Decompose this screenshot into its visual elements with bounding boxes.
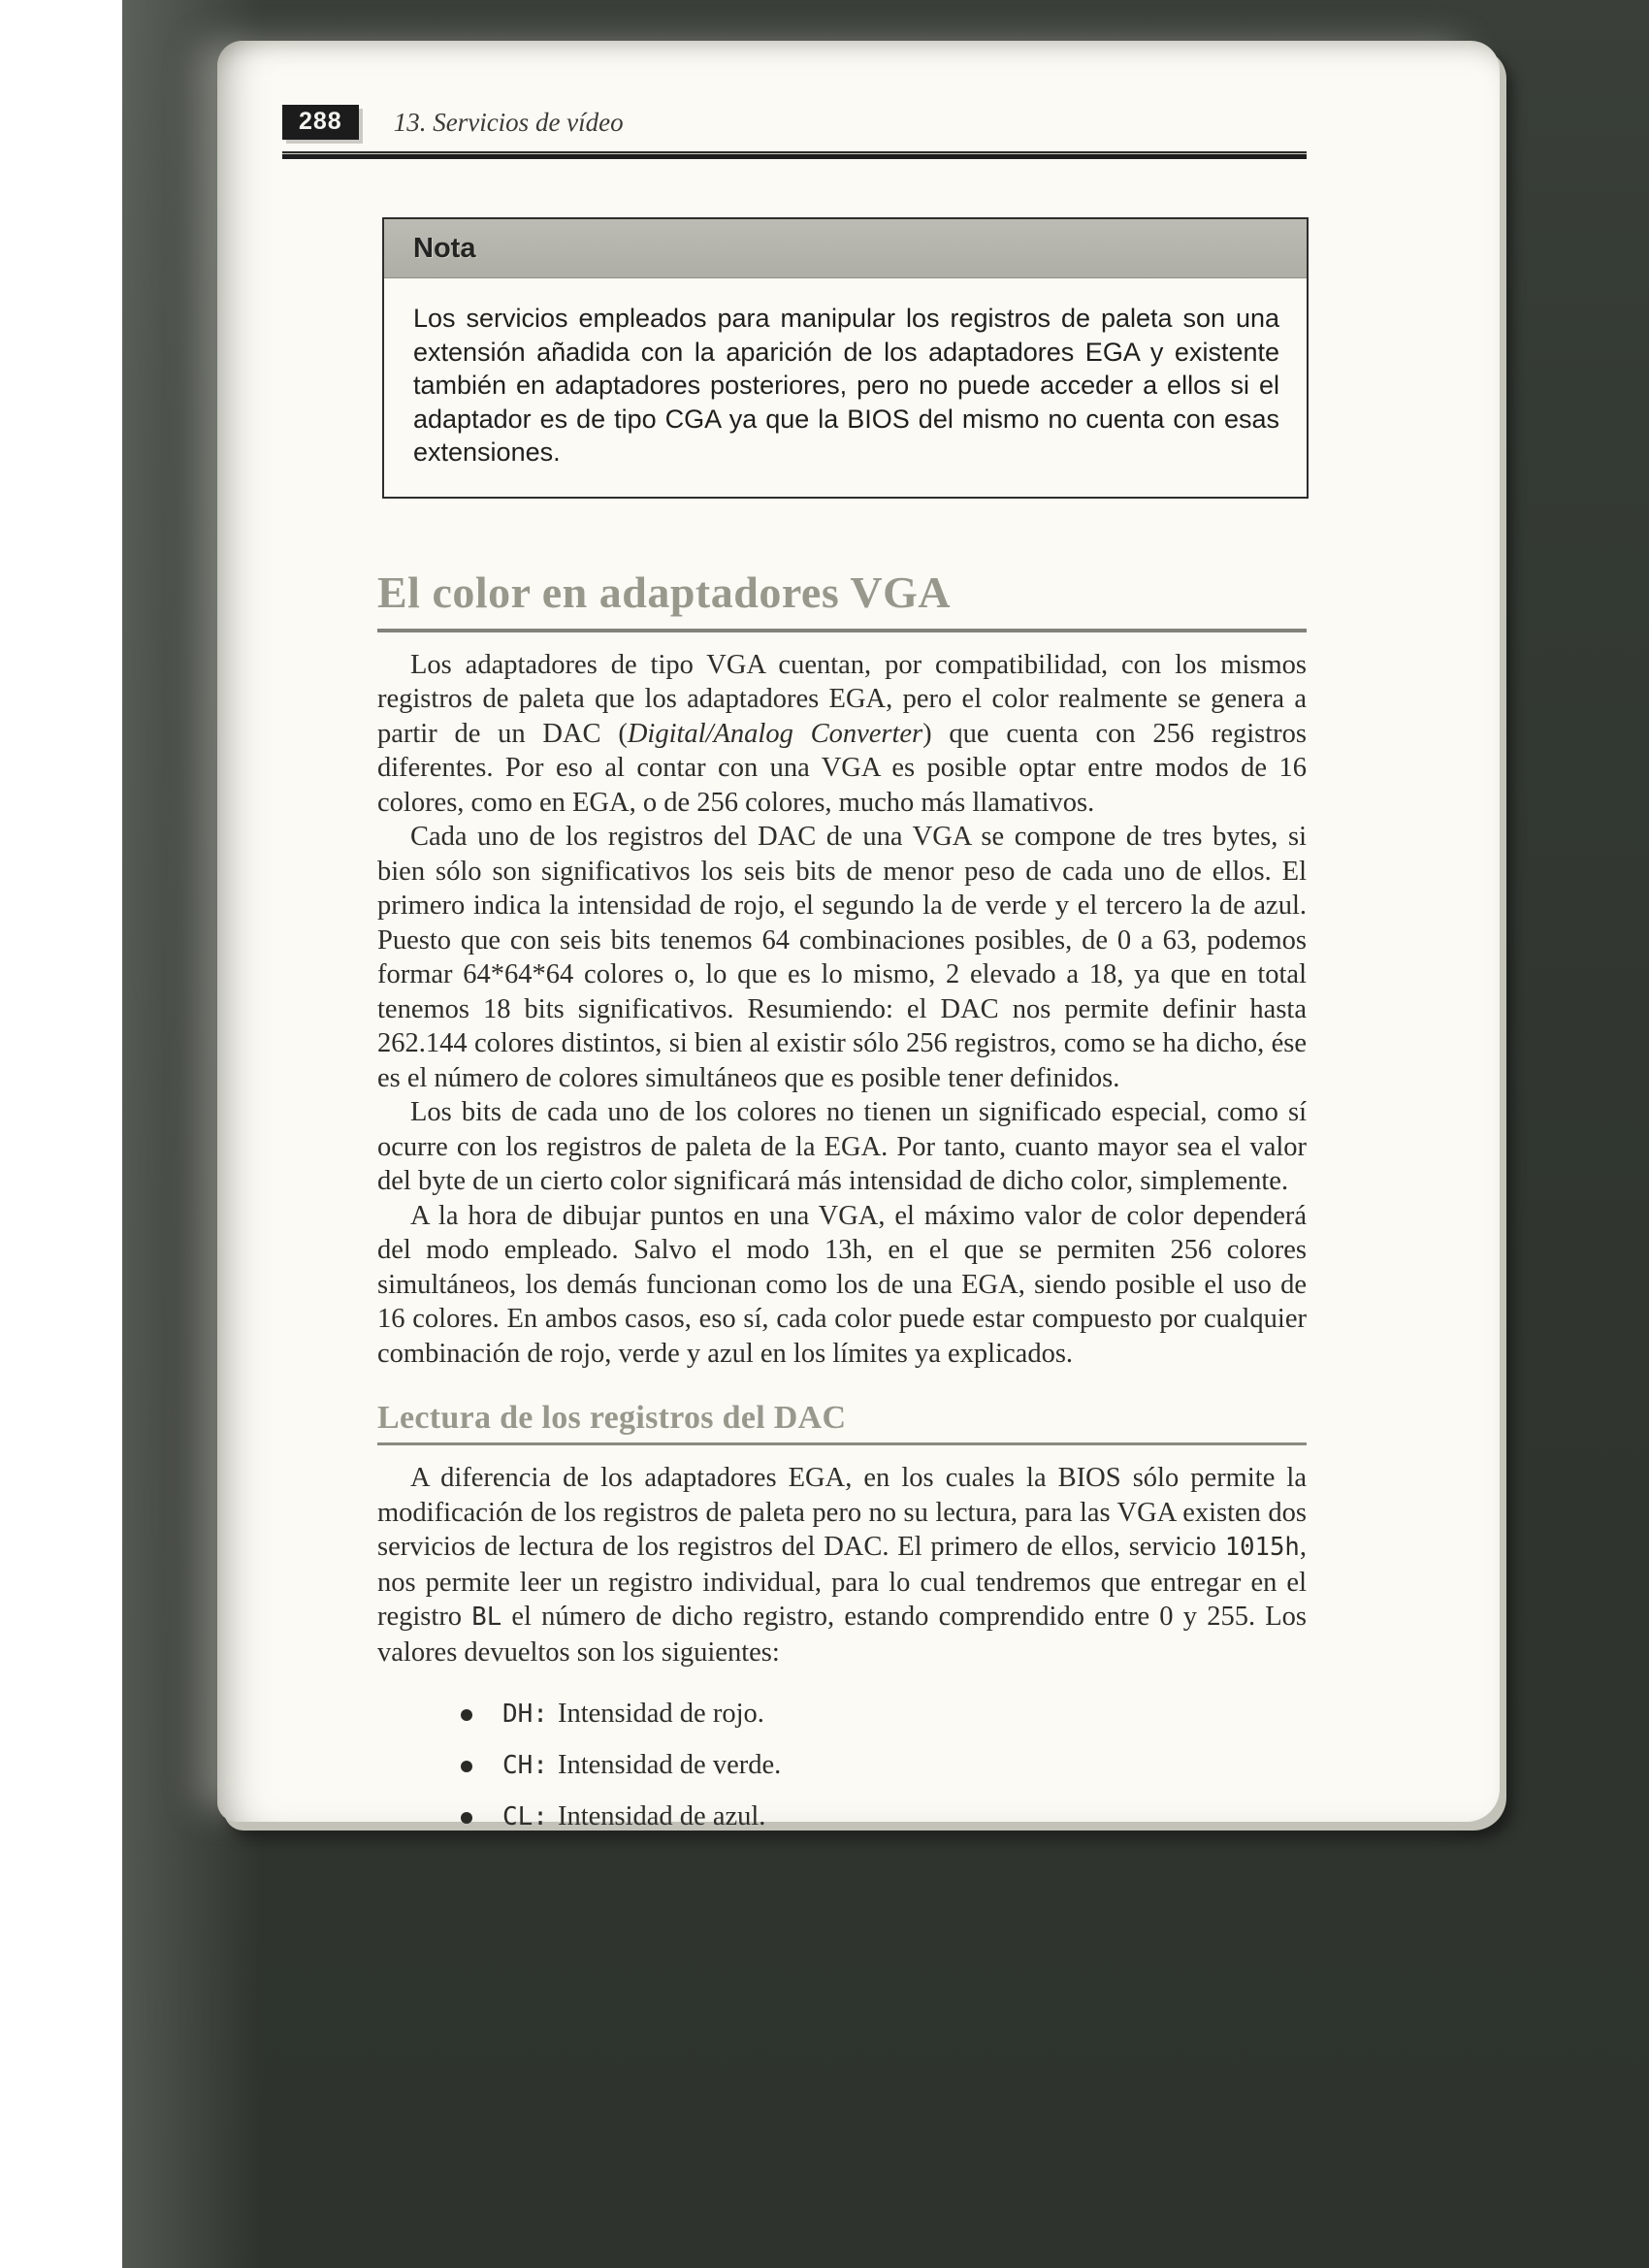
scanned-book-photo: 288 13. Servicios de vídeo Nota Los serv… <box>0 0 1649 2268</box>
subsection-body: A diferencia de los adaptadores EGA, en … <box>377 1461 1307 1669</box>
subsection-title-rule <box>377 1442 1307 1445</box>
header-rule <box>282 151 1307 159</box>
paragraph: Los bits de cada uno de los colores no t… <box>377 1095 1307 1199</box>
bullet-icon <box>461 1709 472 1721</box>
register-label: DH: <box>502 1697 548 1732</box>
bullet-item: CH: Intensidad de verde. <box>377 1748 1307 1783</box>
section-body: Los adaptadores de tipo VGA cuentan, por… <box>377 648 1307 1372</box>
bullet-text: Intensidad de rojo. <box>558 1697 764 1732</box>
bullet-list: DH: Intensidad de rojo. CH: Intensidad d… <box>377 1697 1307 1834</box>
section-title-rule <box>377 629 1307 632</box>
running-header: 288 13. Servicios de vídeo <box>282 105 1307 140</box>
paragraph: Cada uno de los registros del DAC de una… <box>377 820 1307 1095</box>
note-box: Nota Los servicios empleados para manipu… <box>382 217 1309 499</box>
book-page: 288 13. Servicios de vídeo Nota Los serv… <box>217 41 1500 1822</box>
register-label: CL: <box>502 1799 548 1834</box>
subsection-title: Lectura de los registros del DAC <box>377 1400 1307 1437</box>
bullet-text: Intensidad de verde. <box>558 1748 781 1783</box>
bullet-icon <box>461 1761 472 1772</box>
bullet-icon <box>461 1812 472 1824</box>
paragraph: A la hora de dibujar puntos en una VGA, … <box>377 1199 1307 1372</box>
note-header-band: Nota <box>384 219 1307 278</box>
page-number-badge: 288 <box>282 105 359 140</box>
paragraph: Los adaptadores de tipo VGA cuentan, por… <box>377 648 1307 821</box>
section-title: El color en adaptadores VGA <box>377 568 1307 617</box>
note-title: Nota <box>413 233 475 265</box>
chapter-title: 13. Servicios de vídeo <box>394 108 624 138</box>
page-content: 288 13. Servicios de vídeo Nota Los serv… <box>377 105 1307 1851</box>
bullet-item: CL: Intensidad de azul. <box>377 1799 1307 1834</box>
paragraph: A diferencia de los adaptadores EGA, en … <box>377 1461 1307 1669</box>
register-label: CH: <box>502 1748 548 1783</box>
bullet-item: DH: Intensidad de rojo. <box>377 1697 1307 1732</box>
bullet-text: Intensidad de azul. <box>558 1799 765 1834</box>
note-body-text: Los servicios empleados para manipular l… <box>384 278 1307 497</box>
